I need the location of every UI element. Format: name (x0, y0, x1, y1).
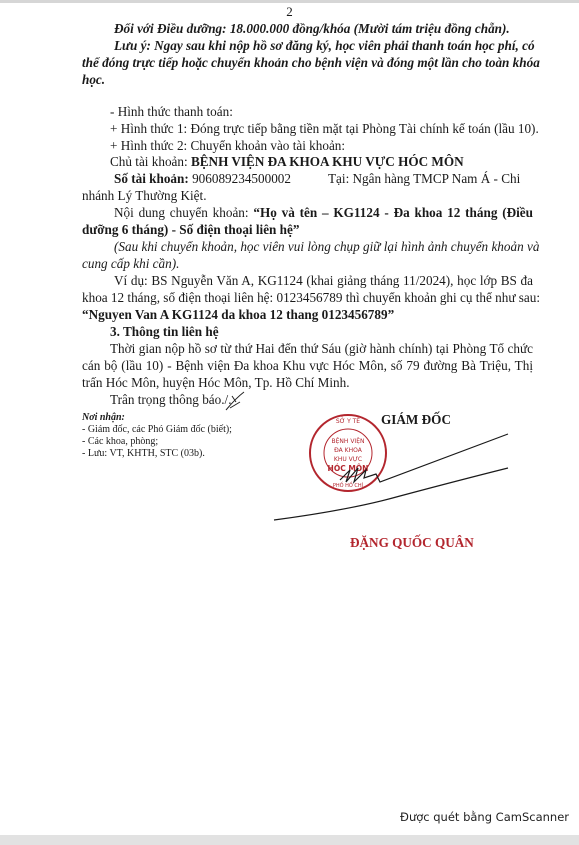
account-number-value: 906089234500002 (192, 171, 291, 186)
contact-line-1: Thời gian nộp hồ sơ từ thứ Hai đến thứ S… (110, 341, 533, 357)
payment-method-1: + Hình thức 1: Đóng trực tiếp bằng tiền … (110, 121, 539, 137)
top-divider (0, 0, 579, 3)
svg-text:SỞ Y TẾ: SỞ Y TẾ (336, 417, 360, 425)
director-title: GIÁM ĐỐC (381, 412, 451, 428)
director-signature-icon (270, 430, 510, 525)
bottom-bar (0, 835, 579, 845)
director-name: ĐẶNG QUỐC QUÂN (350, 535, 474, 551)
page-number: 2 (0, 4, 579, 20)
contact-line-3: trấn Hóc Môn, huyện Hóc Môn, Tp. Hồ Chí … (82, 375, 350, 391)
account-holder: Chủ tài khoản: BỆNH VIỆN ĐA KHOA KHU VỰC… (110, 154, 464, 170)
account-number-label: Số tài khoản: (114, 171, 192, 186)
recipient-item: - Các khoa, phòng; (82, 436, 158, 448)
example-line-1: Ví dụ: BS Nguyễn Văn A, KG1124 (khai giả… (114, 273, 533, 289)
bank-line-2: nhánh Lý Thường Kiệt. (82, 188, 207, 204)
closing-line: Trân trọng thông báo./. (110, 392, 232, 408)
recipient-item: - Giám đốc, các Phó Giám đốc (biết); (82, 424, 232, 436)
recipients-title: Nơi nhận: (82, 412, 125, 424)
account-number: Số tài khoản: 906089234500002 (114, 171, 291, 187)
account-holder-label: Chủ tài khoản: (110, 154, 191, 169)
example-line-2: khoa 12 tháng, số điện thoại liên hệ: 01… (82, 290, 533, 306)
transfer-value-2: dưỡng 6 tháng) - Số điện thoại liên hệ” (82, 222, 299, 238)
contact-line-2: cán bộ (lầu 10) - Bệnh viện Đa khoa Khu … (82, 358, 533, 374)
payment-method-2: + Hình thức 2: Chuyển khoản vào tài khoả… (110, 138, 345, 154)
transfer-content: Nội dung chuyển khoản: “Họ và tên – KG11… (114, 205, 533, 221)
note-line-1: Lưu ý: Ngay sau khi nộp hồ sơ đăng ký, h… (114, 38, 533, 54)
initial-signature-icon (222, 388, 250, 412)
transfer-label: Nội dung chuyển khoản: (114, 205, 253, 220)
note-line-3: học. (82, 72, 105, 88)
example-line-3: “Nguyen Van A KG1124 da khoa 12 thang 01… (82, 307, 394, 323)
camscanner-watermark: Được quét bằng CamScanner (400, 810, 569, 824)
after-transfer-1: (Sau khi chuyển khoản, học viên vui lòng… (114, 239, 533, 255)
bank-line-1: Tại: Ngân hàng TMCP Nam Á - Chi (328, 171, 520, 187)
note-line-2: thể đóng trực tiếp hoặc chuyển khoản cho… (82, 55, 533, 71)
transfer-value-1: “Họ và tên – KG1124 - Đa khoa 12 tháng (… (253, 205, 533, 220)
payment-heading: - Hình thức thanh toán: (110, 104, 233, 120)
fee-nursing: Đối với Điều dưỡng: 18.000.000 đồng/khóa… (114, 21, 510, 37)
recipient-item: - Lưu: VT, KHTH, STC (03b). (82, 448, 205, 460)
account-holder-value: BỆNH VIỆN ĐA KHOA KHU VỰC HÓC MÔN (191, 154, 464, 169)
section-3-heading: 3. Thông tin liên hệ (110, 324, 219, 340)
after-transfer-2: cung cấp khi cần). (82, 256, 179, 272)
